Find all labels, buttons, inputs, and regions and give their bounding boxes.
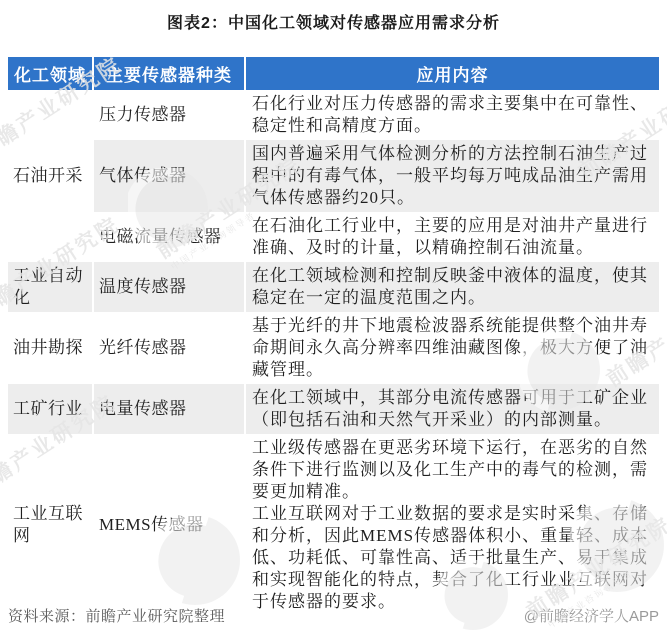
sensor-cell: 电量传感器 xyxy=(93,384,245,434)
application-paragraph: 在化工领域检测和控制反映釜中液体的温度，使其稳定在一定的温度范围之内。 xyxy=(252,265,655,309)
application-cell: 工业级传感器在更恶劣环境下运行，在恶劣的自然条件下进行监测以及化工生产中的毒气的… xyxy=(245,434,659,616)
page-title: 图表2：中国化工领域对传感器应用需求分析 xyxy=(0,0,667,33)
sensor-demand-table: 化工领域 主要传感器种类 应用内容 石油开采压力传感器石化行业对压力传感器的需求… xyxy=(8,57,659,616)
col-header-application: 应用内容 xyxy=(245,57,659,90)
application-paragraph: 在石油化工行业中，主要的应用是对油井产量进行准确、及时的计量，以精确控制石油流量… xyxy=(252,215,655,259)
table-row: 工矿行业电量传感器在化工领域中，其部分电流传感器可用于工矿企业（即包括石油和天然… xyxy=(8,384,659,434)
source-note: 资料来源：前瞻产业研究院整理 xyxy=(8,605,225,626)
application-cell: 在石油化工行业中，主要的应用是对油井产量进行准确、及时的计量，以精确控制石油流量… xyxy=(245,212,659,262)
table-row: 气体传感器国内普遍采用气体检测分析的方法控制石油生产过程中的有毒气体，一般平均每… xyxy=(8,140,659,212)
application-cell: 国内普遍采用气体检测分析的方法控制石油生产过程中的有毒气体，一般平均每万吨成品油… xyxy=(245,140,659,212)
table-row: 电磁流量传感器在石油化工行业中，主要的应用是对油井产量进行准确、及时的计量，以精… xyxy=(8,212,659,262)
application-paragraph: 工业级传感器在更恶劣环境下运行，在恶劣的自然条件下进行监测以及化工生产中的毒气的… xyxy=(252,437,655,503)
table-row: 石油开采压力传感器石化行业对压力传感器的需求主要集中在可靠性、稳定性和高精度方面… xyxy=(8,90,659,140)
field-cell: 工业互联网 xyxy=(8,434,93,616)
col-header-field: 化工领域 xyxy=(8,57,93,90)
application-paragraph: 在化工领域中，其部分电流传感器可用于工矿企业（即包括石油和天然气开采业）的内部测… xyxy=(252,387,655,431)
field-cell: 石油开采 xyxy=(8,90,93,262)
field-cell: 油井勘探 xyxy=(8,312,93,384)
field-cell: 工矿行业 xyxy=(8,384,93,434)
table-row: 油井勘探光纤传感器基于光纤的井下地震检波器系统能提供整个油井寿命期间永久高分辨率… xyxy=(8,312,659,384)
application-paragraph: 石化行业对压力传感器的需求主要集中在可靠性、稳定性和高精度方面。 xyxy=(252,93,655,137)
sensor-cell: MEMS传感器 xyxy=(93,434,245,616)
col-header-sensor-type: 主要传感器种类 xyxy=(93,57,245,90)
application-paragraph: 国内普遍采用气体检测分析的方法控制石油生产过程中的有毒气体，一般平均每万吨成品油… xyxy=(252,143,655,209)
application-cell: 在化工领域检测和控制反映釜中液体的温度，使其稳定在一定的温度范围之内。 xyxy=(245,262,659,312)
field-cell: 工业自动化 xyxy=(8,262,93,312)
application-cell: 石化行业对压力传感器的需求主要集中在可靠性、稳定性和高精度方面。 xyxy=(245,90,659,140)
sensor-cell: 气体传感器 xyxy=(93,140,245,212)
sensor-cell: 电磁流量传感器 xyxy=(93,212,245,262)
footer: 资料来源：前瞻产业研究院整理 @前瞻经济学人APP xyxy=(8,605,659,626)
application-cell: 基于光纤的井下地震检波器系统能提供整个油井寿命期间永久高分辨率四维油藏图像，极大… xyxy=(245,312,659,384)
table-row: 工业互联网MEMS传感器工业级传感器在更恶劣环境下运行，在恶劣的自然条件下进行监… xyxy=(8,434,659,616)
application-paragraph: 基于光纤的井下地震检波器系统能提供整个油井寿命期间永久高分辨率四维油藏图像，极大… xyxy=(252,315,655,381)
app-credit: @前瞻经济学人APP xyxy=(524,605,659,626)
sensor-cell: 压力传感器 xyxy=(93,90,245,140)
sensor-cell: 温度传感器 xyxy=(93,262,245,312)
application-paragraph: 工业互联网对于工业数据的要求是实时采集、存储和分析，因此MEMS传感器体积小、重… xyxy=(252,503,655,613)
sensor-cell: 光纤传感器 xyxy=(93,312,245,384)
table-row: 工业自动化温度传感器在化工领域检测和控制反映釜中液体的温度，使其稳定在一定的温度… xyxy=(8,262,659,312)
table-header-row: 化工领域 主要传感器种类 应用内容 xyxy=(8,57,659,90)
application-cell: 在化工领域中，其部分电流传感器可用于工矿企业（即包括石油和天然气开采业）的内部测… xyxy=(245,384,659,434)
